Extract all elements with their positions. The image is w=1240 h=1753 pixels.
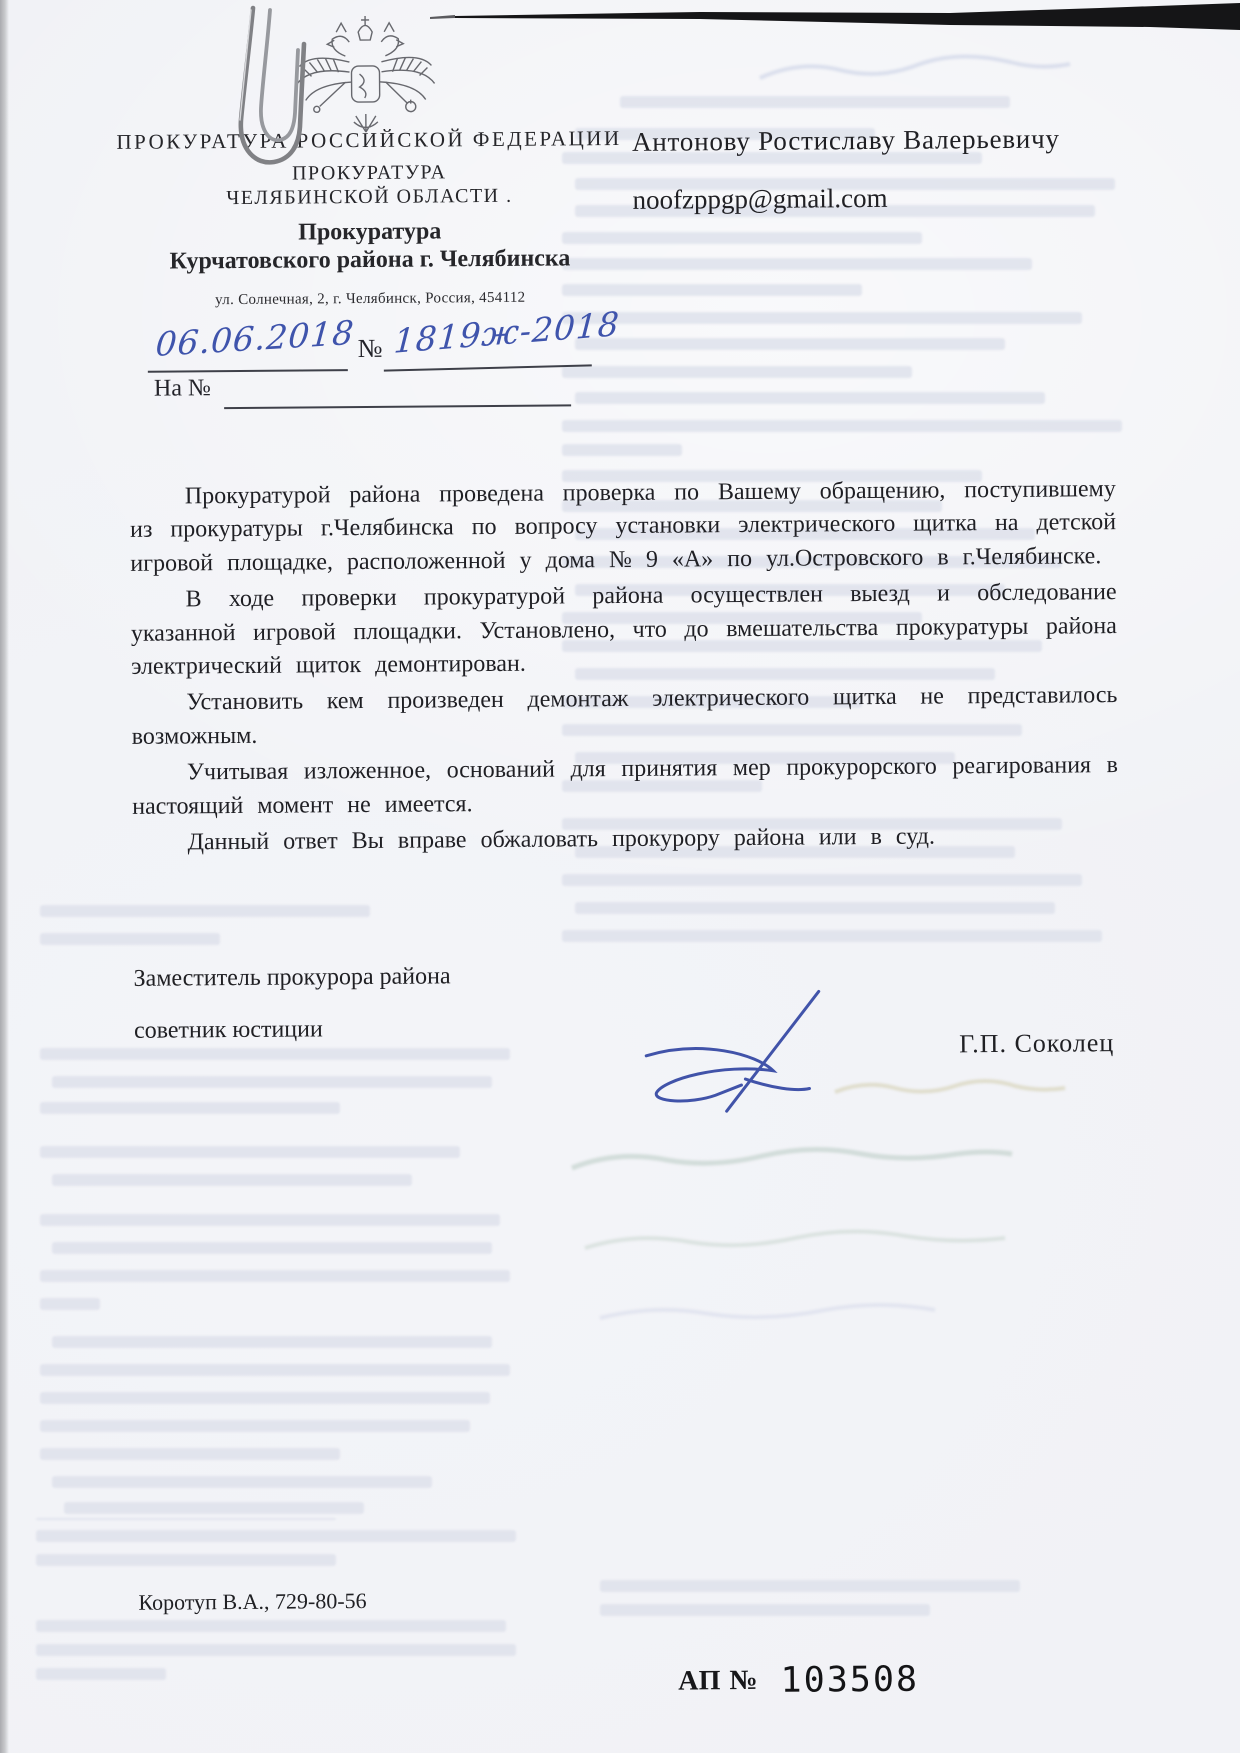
paperclip-icon (0, 0, 340, 190)
scanner-edge-shadow (0, 0, 9, 1753)
letter-content: ПРОКУРАТУРА РОССИЙСКОЙ ФЕДЕРАЦИИ ПРОКУРА… (0, 0, 1240, 1753)
handwritten-signature-icon (0, 0, 1240, 1753)
scanned-letter-page: ПРОКУРАТУРА РОССИЙСКОЙ ФЕДЕРАЦИИ ПРОКУРА… (0, 0, 1240, 1753)
